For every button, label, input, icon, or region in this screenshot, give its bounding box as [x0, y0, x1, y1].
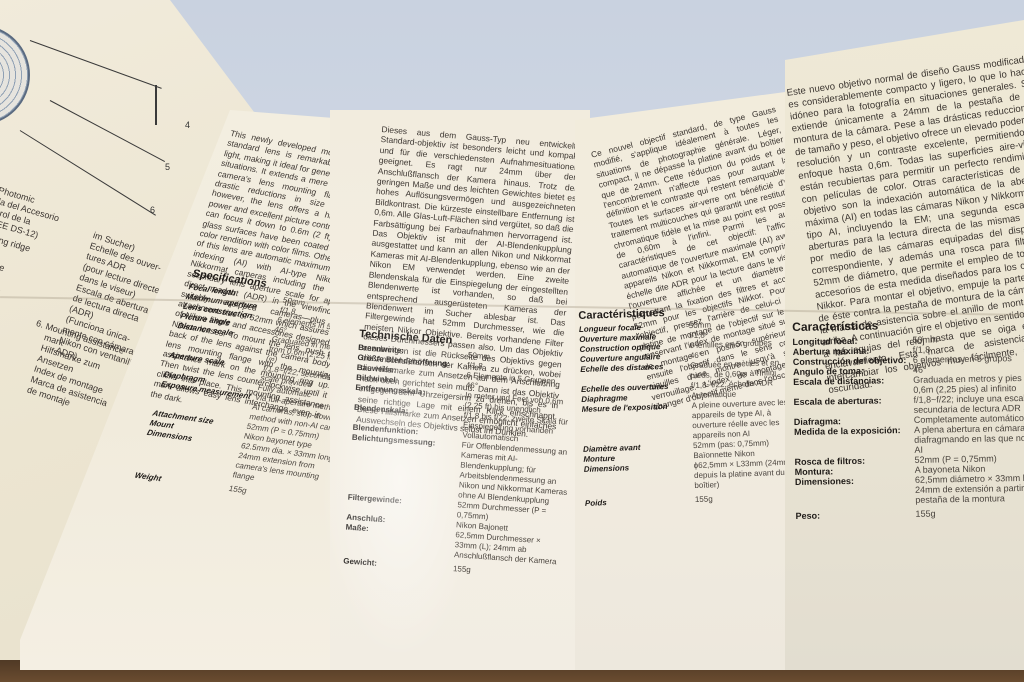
callout-leader-line — [50, 100, 165, 162]
german-technical-data: Technische Daten Brennweite:50mm Größte … — [343, 322, 580, 582]
callout-leader-line — [155, 85, 157, 125]
spec-heading: Características — [792, 315, 1024, 334]
spec-row: Medida de la exposición:A plena abertura… — [794, 422, 1024, 457]
spec-row: Dimensionsϕ62,5mm × L33mm (24mm depuis l… — [584, 458, 795, 495]
lens-aperture-ring-illustration — [0, 25, 30, 125]
callout-leader-line — [30, 40, 162, 89]
callout-number: 5 — [165, 162, 170, 172]
french-characteristics: Caractéristiques Longueur focale50mm Ouv… — [578, 297, 795, 509]
spanish-characteristics: Características Longitud focal:50mm Aber… — [792, 309, 1024, 521]
spec-row: Dimensiones:62,5mm diámetro × 33mm largo… — [795, 472, 1024, 507]
callout-number: 6 — [150, 205, 155, 215]
diagram-legend-left: Photomic da del Accesorio ntrol de la a … — [0, 185, 63, 306]
callout-number: 4 — [185, 120, 190, 130]
